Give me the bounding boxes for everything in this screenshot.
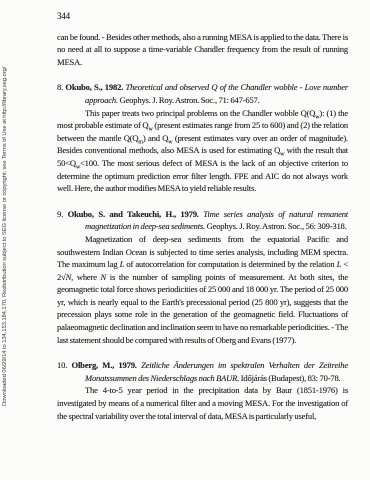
reference-entry-10: 10. Olberg, M., 1979. Zeitliche Änderung… [57, 359, 348, 422]
reference-heading: 9. Okubo, S. and Takeuchi, H., 1979. Tim… [57, 208, 348, 233]
page-content: 344 can be found. - Besides other method… [57, 10, 348, 422]
reference-abstract: This paper treats two principal problems… [57, 107, 348, 195]
reference-abstract: Magnetization of deep-sea sediments from… [57, 233, 348, 346]
reference-heading: 10. Olberg, M., 1979. Zeitliche Änderung… [57, 359, 348, 384]
reference-journal: Geophys. J. Roy. Astron. Soc., 56: 309-3… [207, 221, 347, 231]
intro-paragraph: can be found. - Besides other methods, a… [57, 31, 348, 69]
reference-journal: Geophys. J. Roy. Astron. Soc., 71: 647-6… [120, 95, 260, 105]
reference-authors: Okubo, S., 1982. [65, 82, 123, 92]
reference-authors: Okubo, S. and Takeuchi, H., 1979. [68, 209, 199, 219]
seg-download-watermark: Downloaded 06/29/14 to 134.153.184.170. … [2, 67, 8, 406]
reference-number: 10. [57, 360, 67, 370]
reference-heading: 8. Okubo, S., 1982. Theoretical and obse… [57, 81, 348, 106]
reference-abstract: The 4-to-5 year period in the precipitat… [57, 384, 348, 422]
page-number: 344 [57, 10, 348, 23]
scanned-paper-page: Downloaded 06/29/14 to 134.153.184.170. … [0, 0, 370, 480]
reference-entry-8: 8. Okubo, S., 1982. Theoretical and obse… [57, 81, 348, 194]
reference-number: 9. [57, 209, 63, 219]
reference-number: 8. [57, 82, 63, 92]
reference-authors: Olberg, M., 1979. [71, 360, 136, 370]
reference-entry-9: 9. Okubo, S. and Takeuchi, H., 1979. Tim… [57, 208, 348, 347]
reference-journal: Időjárás (Budapest), 83: 70-78. [241, 373, 341, 383]
